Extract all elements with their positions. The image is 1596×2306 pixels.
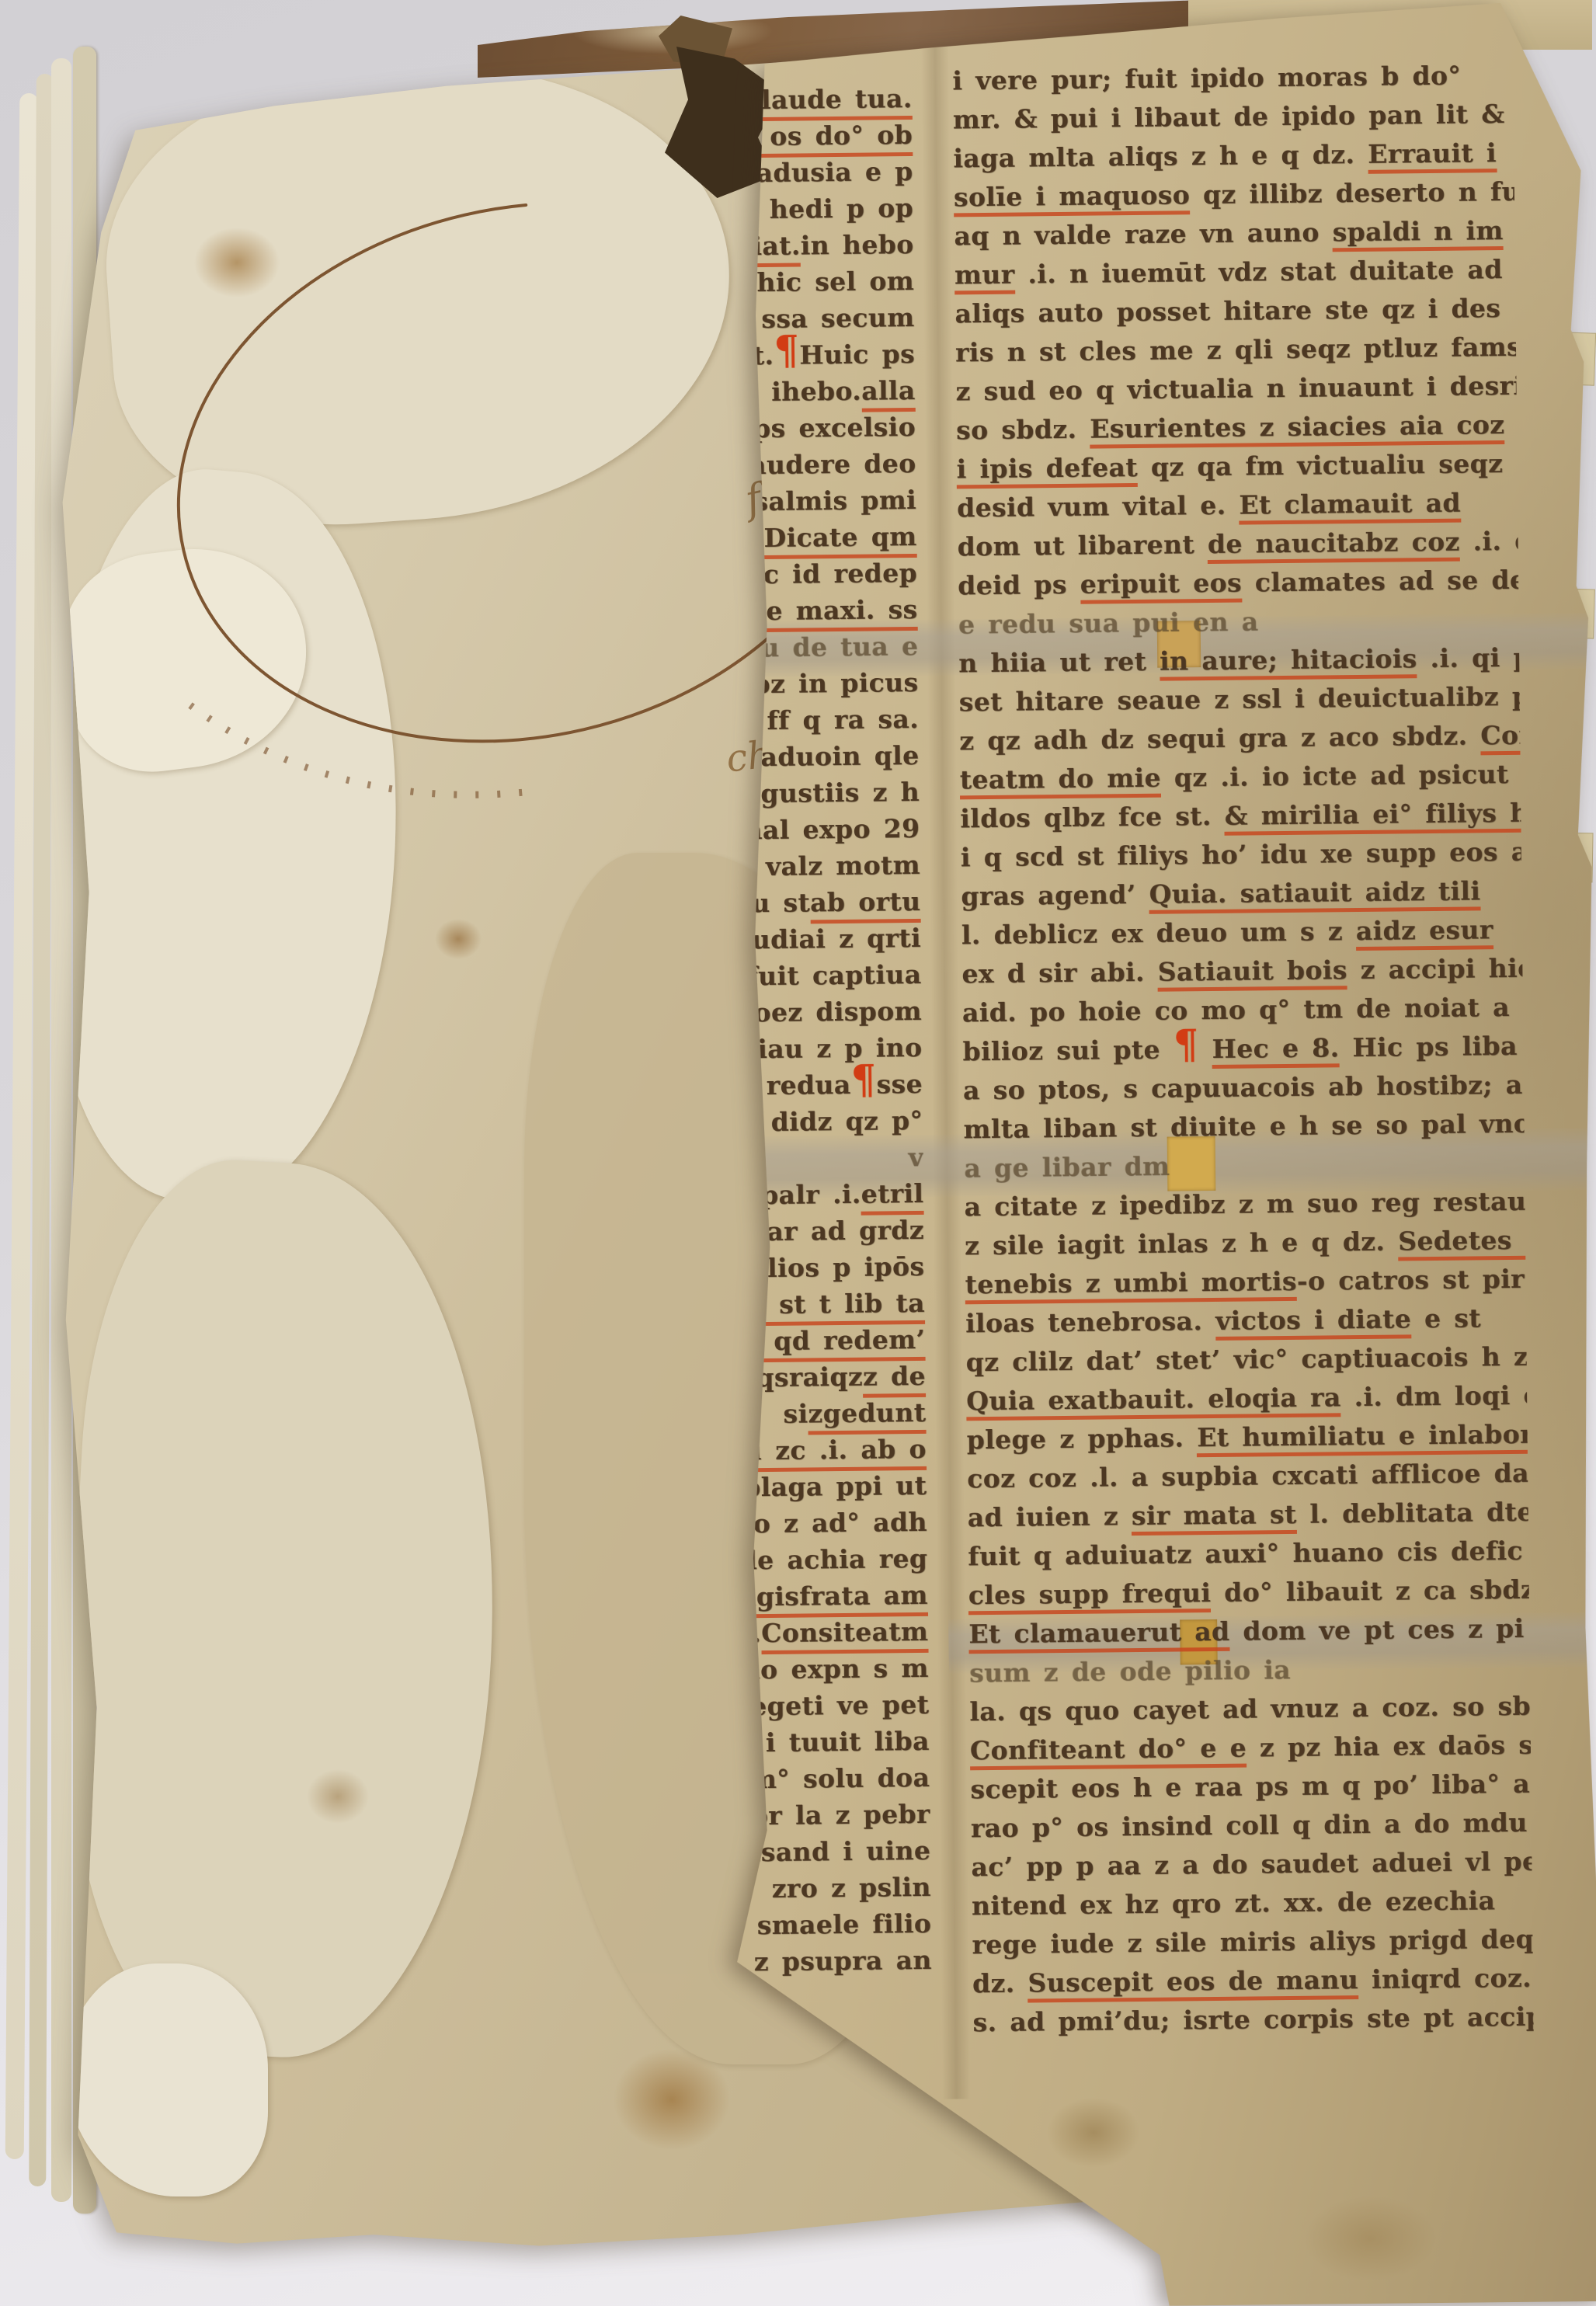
text-segment: ar ad grdz — [767, 1215, 924, 1253]
text-line: r fuit captiua — [722, 959, 921, 998]
text-segment: u in hal expo 29 — [713, 813, 920, 852]
text-line: i q scd st filiys ho’ idu xe supp eos ad — [961, 836, 1521, 882]
text-segment: mlta liban st diuite e h se so pal vno — [963, 1108, 1531, 1145]
paraph-mark: ¶ — [774, 340, 799, 377]
text-line: ad oez dispom — [723, 996, 922, 1035]
text-line: mur .i. n iuemūt vdz stat duitate ad — [954, 254, 1515, 299]
text-segment: Esurientes z siacies aia coz — [1090, 409, 1505, 449]
text-line: ex d sir abi. Satiauit bois z accipi hic — [961, 953, 1522, 998]
stain — [435, 919, 482, 959]
text-line: rao p° os insind coll q din a do mdu — [971, 1807, 1532, 1852]
text-line: si zgedunt — [727, 1397, 926, 1436]
text-leaf: m laude tua.Dūr os do° obol adusia e pt … — [690, 0, 1596, 2306]
text-segment: aq n valde raze vn auno — [954, 217, 1333, 251]
text-segment: u iudiai z qrti — [713, 923, 921, 962]
text-segment: qp e gaudere deo — [713, 448, 916, 488]
text-line: zt. ¶Huic ps — [716, 339, 915, 377]
text-segment: mr valz motm — [713, 850, 920, 889]
text-column-a: m laude tua.Dūr os do° obol adusia e pt … — [713, 83, 932, 1996]
text-line: cles supp frequi do° libauit z ca sbdz — [968, 1574, 1529, 1619]
text-segment: ro didz qz p° — [726, 1105, 923, 1144]
text-line: z qz adh dz sequi gra z aco sbdz. Consi — [959, 720, 1520, 765]
text-segment: l. deblitata dte ne — [1296, 1496, 1534, 1529]
text-segment: i vere pur; fuit ipido moras b do° — [952, 61, 1461, 96]
text-segment: a citate z ipedibz z m suo reg restauro — [964, 1185, 1534, 1222]
text-segment: zgedunt — [808, 1397, 926, 1435]
repair-patch — [50, 1153, 516, 2068]
text-line: lone e maxi. ss — [718, 594, 917, 633]
text-segment: a qlbz in picus — [713, 667, 918, 706]
text-segment: sse — [876, 1069, 923, 1106]
text-segment: tenebis z umbi mortis — [965, 1266, 1297, 1304]
text-line: iaga mlta aliqs z h e q dz. Errauit i — [953, 137, 1514, 183]
text-segment: rege iude z sile miris aliys prigd deqbz — [972, 1923, 1534, 1960]
text-segment: in hebo — [800, 229, 913, 267]
text-line: ac’ pp p aa z a do saudet aduei vl pe — [971, 1846, 1532, 1891]
text-segment: dom ut libarent — [957, 529, 1208, 562]
text-line: z psupra an — [733, 1945, 932, 1984]
text-segment: i tuuit liba — [766, 1726, 930, 1764]
text-segment: fiat. — [741, 230, 801, 267]
text-line: Quia exatbauit. eloqia ra .i. dm loqi o — [966, 1380, 1527, 1425]
text-segment: deō ps excelsio — [713, 412, 916, 450]
text-line: deō ps excelsio — [717, 412, 916, 450]
text-segment: eripuit eos — [1080, 568, 1242, 604]
text-line: z p° hic sel om — [715, 266, 914, 304]
text-segment: um° solu doa — [730, 1762, 930, 1801]
text-line: dato z ad° adh — [728, 1507, 927, 1546]
text-segment: u de tua e — [760, 631, 919, 669]
paraph-mark: ¶ — [850, 1070, 876, 1106]
text-line: ya. Consiteatm — [729, 1616, 928, 1655]
text-segment: nitend ex hz qro zt. xx. de ezechia — [972, 1885, 1496, 1921]
text-segment: xuiau z p ino — [723, 1032, 923, 1071]
text-segment: victos i diate — [1215, 1303, 1411, 1341]
text-line: egeti ve pet — [730, 1689, 929, 1728]
text-segment: dom ve pt ces z pi de — [1229, 1612, 1534, 1647]
text-line: o ssa secum — [715, 302, 914, 341]
text-line: set hitare seaue z ssl i deuictualibz pu… — [959, 681, 1520, 726]
text-line: s. ad pmi’du; isrte corpis ste pt accipi… — [972, 2002, 1533, 2047]
text-line: i ipis defeat qz qa fm victualiu seqz — [956, 448, 1517, 493]
text-segment: o qsraiqz — [725, 1362, 863, 1400]
text-line: zi spalr .i. etril — [725, 1178, 923, 1217]
text-line: z sile iagit inlas z h e q dz. Sedetes i… — [965, 1225, 1525, 1270]
text-line: aliqs auto posset hitare ste qz i des — [954, 293, 1515, 338]
text-segment: m qd redem’ — [733, 1324, 926, 1363]
text-line: a citate z ipedibz z m suo reg restauro — [964, 1186, 1525, 1231]
text-segment: la ihebo. — [731, 376, 861, 414]
text-segment: t qz hedi p op — [713, 193, 913, 231]
text-segment: aidz esur — [1356, 914, 1493, 951]
text-segment: dz. — [972, 1968, 1028, 1999]
text-segment: v — [908, 1142, 923, 1178]
text-line: z sud eo q victualia n inuaunt i desris — [955, 370, 1516, 416]
text-segment: Hec e 8. — [1212, 1032, 1339, 1069]
text-segment: l. deblicz ex deuo um s z — [961, 916, 1356, 950]
text-segment — [1199, 1034, 1212, 1064]
text-segment: ris n st cles me z qli seqz ptluz fams — [955, 332, 1521, 368]
text-segment: Consiteatm — [761, 1616, 929, 1654]
text-segment: ildos qlbz fce st. — [960, 801, 1225, 834]
text-line: qm st t lib ta — [726, 1288, 925, 1327]
text-segment: cles supp frequi — [968, 1577, 1212, 1615]
text-segment: aid. po hoie co mo q° tm de noiat a no — [962, 991, 1534, 1028]
text-segment: in aure; hitaciois — [1160, 643, 1417, 680]
text-segment: deid ps — [958, 569, 1080, 601]
text-segment: stao expn s m — [716, 1653, 929, 1692]
text-line: m qd redem’ — [726, 1324, 925, 1363]
text-line: pu st ab ortu — [722, 886, 920, 925]
text-segment: ile achia reg — [737, 1543, 928, 1582]
text-line: mr valz motm — [722, 850, 920, 889]
text-line: sum z de ode pilio ia — [969, 1652, 1530, 1697]
text-segment: etril — [861, 1178, 923, 1216]
text-segment: Consi — [1480, 719, 1534, 755]
text-segment: Quia exatbauit. eloqia ra — [966, 1382, 1341, 1421]
text-line: ildos qlbz fce st. & mirilia ei° filiys … — [960, 798, 1521, 843]
text-segment: so sbdz. — [956, 414, 1090, 446]
text-line: z plaga ppi ut — [728, 1470, 927, 1509]
text-segment: qz illibz deserto n fur — [1190, 176, 1534, 210]
text-segment: de naucitabz coz — [1208, 527, 1460, 564]
stain — [1304, 2195, 1437, 2282]
text-segment: ab ortu — [810, 886, 921, 923]
stain — [1047, 2097, 1141, 2168]
text-segment: dato z ad° adh — [713, 1507, 927, 1546]
paraph-mark: ¶ — [1173, 1021, 1199, 1068]
text-line: mlta liban st diuite e h se so pal vno — [963, 1108, 1524, 1153]
text-segment: Dūr os do° ob — [713, 120, 913, 158]
text-line: la. qs quo cayet ad vnuz a coz. so sbdz — [969, 1691, 1530, 1736]
text-segment: z pz hia ex daōs su — [1247, 1729, 1534, 1762]
text-segment: e redu sua pui en a — [958, 606, 1258, 639]
text-line: ss dz. Dicate qm — [718, 521, 916, 560]
text-segment: z alios p ipōs — [722, 1251, 925, 1290]
text-segment: teatm do mie — [960, 763, 1162, 800]
text-segment: qm st t lib ta — [720, 1288, 925, 1327]
text-segment: bilioz sui pte — [962, 1035, 1174, 1067]
text-line: u iudiai z qrti — [722, 923, 921, 962]
text-segment: qz clilz dat’ stet’ vic° captiuacois h z — [965, 1341, 1528, 1378]
text-line: ru zc .i. ab o — [728, 1434, 927, 1473]
text-segment: ol adusia e p — [715, 156, 913, 195]
text-segment: s. ad pmi’du; isrte corpis ste pt accipi… — [972, 2001, 1534, 2037]
text-line: plege z pphas. Et humiliatu e inlaboru — [966, 1419, 1527, 1464]
text-segment: ite aduoin qle — [713, 740, 919, 779]
text-segment: qz qa fm victualiu seqz — [1138, 448, 1504, 482]
text-segment: ya. — [720, 1618, 762, 1655]
text-line: la ihebo. alla — [716, 375, 915, 414]
text-segment: ss dz. — [713, 523, 763, 560]
text-line: i vere pur; fuit ipido moras b do° — [952, 60, 1513, 105]
text-line: ar ad grdz — [725, 1215, 924, 1254]
text-segment: z plaga ppi ut — [715, 1470, 927, 1509]
text-segment: ru zc .i. ab o — [729, 1434, 927, 1473]
text-segment: sum z de ode pilio ia — [969, 1654, 1291, 1688]
text-segment: desid vum vital e. — [957, 490, 1240, 523]
text-segment: q psalmis pmi — [713, 485, 916, 523]
text-segment: -o catros st pir — [1297, 1264, 1525, 1296]
text-line: n hiia ut ret in aure; hitaciois .i. qi … — [958, 642, 1519, 687]
text-segment: augustiis z h — [725, 777, 920, 816]
text-segment: magisfrata am — [713, 1580, 928, 1619]
text-line: Confiteant do° e e z pz hia ex daōs su — [970, 1730, 1531, 1775]
text-line: aid. po hoie co mo q° tm de noiat a no — [962, 992, 1523, 1037]
text-segment: z sud eo q victualia n inuaunt i desris — [955, 370, 1534, 407]
stain — [307, 1769, 369, 1824]
text-segment: .i. dm loqi o — [1340, 1380, 1534, 1413]
text-segment: zro z pslin — [772, 1872, 931, 1910]
text-segment: scepit eos h e raa ps m q po’ liba° a — [970, 1769, 1530, 1805]
text-line: deid ps eripuit eos clamates ad se deuo — [958, 565, 1518, 610]
text-segment: lone e maxi. ss — [713, 594, 917, 633]
text-line: nitend ex hz qro zt. xx. de ezechia — [972, 1885, 1532, 1930]
text-segment: z p° hic sel om — [713, 266, 914, 304]
text-segment: zi spalr .i. — [713, 1179, 861, 1217]
text-line: qp e gaudere deo — [717, 448, 916, 487]
text-segment: gras agend’ — [961, 879, 1149, 912]
text-segment: iniqrd coz. — [1358, 1963, 1532, 1995]
text-line: u de tua e — [719, 631, 918, 670]
text-line: Dūr os do° ob — [714, 120, 913, 158]
text-segment: Et clamauit ad — [1239, 488, 1461, 525]
text-segment: Confiteant do° e e — [970, 1733, 1247, 1771]
text-line: bilioz sui pte ¶ Hec e 8. Hic ps liba — [962, 1031, 1523, 1076]
text-segment: m laude tua. — [721, 83, 913, 122]
text-segment: Suscepit eos de manu — [1027, 1964, 1358, 2002]
text-column-b: i vere pur; fuit ipido moras b do°mr. & … — [952, 60, 1534, 2054]
text-segment: mur — [954, 259, 1015, 295]
text-segment: a ge libar dm — [964, 1151, 1170, 1184]
text-segment: i q scd st filiys ho’ idu xe supp eos ad — [961, 836, 1534, 872]
text-line: x pr la z pebr — [732, 1799, 930, 1838]
text-segment: qz .i. io icte ad psicut du — [1161, 758, 1534, 792]
text-line: scepit eos h e raa ps m q po’ liba° a — [970, 1769, 1531, 1814]
text-line: zro z pslin — [732, 1872, 931, 1911]
text-segment: & mirilia ei° filiys hoim — [1224, 797, 1534, 836]
text-line: gras agend’ Quia. satiauit aidz tili — [961, 875, 1521, 920]
text-segment: x pr la z pebr — [722, 1799, 930, 1838]
text-segment: rao p° os insind coll q din a do mdu — [971, 1807, 1528, 1844]
text-line: dz. Suscepit eos de manu iniqrd coz. — [972, 1963, 1533, 2008]
text-segment: Et clamauerut ad — [968, 1616, 1230, 1654]
text-segment: ausand i uine — [725, 1835, 930, 1874]
text-line: m laude tua. — [713, 83, 912, 122]
text-segment: .i. n iuemūt vdz stat duitate ad — [1014, 254, 1503, 290]
text-segment: ad iuien z — [968, 1501, 1132, 1532]
text-segment: Quia. satiauit aidz tili — [1149, 875, 1480, 913]
text-line: so sbdz. Esurientes z siacies aia coz — [956, 409, 1517, 454]
text-segment: spaldi n im — [1332, 215, 1503, 252]
text-line: y smaele filio — [732, 1908, 931, 1947]
text-line: desid vum vital e. Et clamauit ad — [957, 487, 1518, 532]
text-segment: si — [783, 1398, 808, 1435]
text-segment: Dicate qm — [763, 521, 916, 559]
text-line: ris n st cles me z qli seqz ptluz fams — [955, 332, 1516, 377]
text-line: e redu sua pui en a — [958, 603, 1518, 649]
text-segment: iaga mlta aliqs z h e q dz. — [953, 139, 1368, 174]
text-segment: .i. qi pos — [1417, 642, 1534, 673]
text-line: ad iuien z sir mata st l. deblitata dte … — [968, 1497, 1528, 1542]
text-segment: mr. & pui i libaut de ipido pan lit & si… — [953, 98, 1534, 134]
text-segment: clamates ad se deuo — [1242, 564, 1534, 597]
text-line: t qz hedi p op — [715, 193, 913, 231]
text-line: um° solu doa — [731, 1762, 930, 1801]
repair-patch — [66, 1963, 268, 2196]
text-segment: plege z pphas. — [966, 1422, 1197, 1455]
text-line: z alios p ipōs — [725, 1251, 924, 1290]
text-line: u in hal expo 29 — [721, 813, 920, 852]
text-segment: t — [728, 231, 741, 267]
text-segment: o ssa secum — [731, 302, 915, 340]
text-segment: z psupra an — [754, 1945, 932, 1983]
text-segment: alla — [861, 375, 916, 412]
text-line: v — [725, 1142, 923, 1181]
text-line: coz coz .l. a supbia cxcati afflicoe da — [967, 1458, 1528, 1503]
text-segment: i ipis defeat — [956, 452, 1138, 489]
text-line: tenebis z umbi mortis-o catros st pir — [965, 1264, 1525, 1309]
text-segment: coz coz .l. a supbia cxcati afflicoe da — [967, 1458, 1529, 1494]
text-segment: ex d sir abi. — [961, 957, 1158, 990]
text-segment: sed sic id redep — [713, 558, 917, 596]
text-line: ile achia reg — [728, 1543, 927, 1582]
text-line: solīe i maquoso qz illibz deserto n fur — [954, 176, 1514, 221]
photograph-of-manuscript: { "photo": { "subject": "open medieval p… — [0, 0, 1596, 2306]
text-line: iloas tenebrosa. victos i diate e st — [965, 1303, 1526, 1348]
text-line: xuiau z p ino — [723, 1032, 922, 1071]
text-line: rege iude z sile miris aliys prigd deqbz — [972, 1924, 1532, 1969]
text-line: mr. & pui i libaut de ipido pan lit & si… — [953, 99, 1514, 144]
text-line: stao expn s m — [730, 1653, 929, 1692]
text-segment: Huic ps — [799, 339, 915, 377]
text-segment: do ff q ra sa. — [718, 704, 919, 743]
text-segment: .i. de — [1459, 525, 1534, 556]
text-segment: ac’ pp p aa z a do saudet aduei vl pe — [971, 1846, 1534, 1883]
text-segment: z de — [863, 1361, 926, 1398]
text-segment: do° libauit z ca sbdz — [1211, 1574, 1534, 1608]
text-segment: z sile iagit inlas z h e q dz. — [965, 1226, 1398, 1261]
text-line: a ge libar dm — [964, 1147, 1525, 1192]
text-line: a qlbz in picus — [719, 667, 918, 706]
text-line: ol adusia e p — [714, 156, 913, 195]
text-line: do ff q ra sa. — [720, 704, 919, 743]
text-line: teatm do mie qz .i. io icte ad psicut du — [960, 759, 1521, 804]
text-line: ite aduoin qle — [720, 740, 919, 779]
text-segment: z qz adh dz sequi gra z aco sbdz. — [959, 720, 1480, 756]
text-segment: aliqs auto posset hitare ste qz i des — [954, 293, 1500, 329]
text-segment: Hic ps liba — [1339, 1031, 1518, 1063]
text-line: fuit q aduiuatz auxi° huano cis defic — [968, 1536, 1528, 1581]
text-segment: egeti ve pet — [750, 1689, 930, 1727]
text-segment: a so ptos, s capuuacois ab hostibz; a qm… — [963, 1069, 1534, 1106]
text-segment: y smaele filio — [728, 1908, 931, 1947]
text-line: q psalmis pmi — [718, 485, 916, 523]
text-segment: redua — [767, 1070, 851, 1107]
text-line: augustiis z h — [721, 777, 920, 816]
text-segment: iloas tenebrosa. — [965, 1306, 1215, 1338]
text-line: ro didz qz p° — [724, 1105, 923, 1144]
text-leaf-parchment: m laude tua.Dūr os do° obol adusia e pt … — [690, 0, 1596, 2306]
text-line: l. deblicz ex deuo um s z aidz esur — [961, 914, 1522, 959]
text-line: aq n valde raze vn auno spaldi n im — [954, 215, 1514, 260]
text-segment: pu st — [732, 887, 810, 924]
text-segment: set hitare seaue z ssl i deuictualibz pu… — [959, 680, 1534, 718]
text-line: i tuuit liba — [731, 1726, 930, 1765]
text-segment: ad oez dispom — [713, 996, 922, 1035]
text-line: Et clamauerut ad dom ve pt ces z pi de — [968, 1613, 1529, 1658]
text-line: ausand i uine — [732, 1835, 930, 1874]
text-segment: solīe i maquoso — [954, 179, 1191, 217]
text-segment: zt. — [737, 340, 774, 377]
text-line: redua ¶ sse — [724, 1069, 923, 1108]
text-line: sed sic id redep — [718, 558, 917, 596]
text-line: a so ptos, s capuuacois ab hostibz; a qm… — [963, 1070, 1524, 1115]
text-line: t fiat. in hebo — [715, 229, 913, 268]
text-line: magisfrata am — [729, 1580, 928, 1619]
text-segment: Errauit i — [1368, 137, 1497, 174]
text-segment: Et humiliatu e inlaboru — [1197, 1418, 1534, 1457]
text-segment: Sedetes in — [1398, 1224, 1534, 1261]
text-segment: Satiauit bois — [1157, 955, 1347, 992]
text-line: o qsraiqz z de — [727, 1361, 926, 1400]
text-line: qz clilz dat’ stet’ vic° captiuacois h z — [965, 1341, 1526, 1386]
text-line: dom ut libarent de naucitabz coz .i. de — [957, 526, 1518, 571]
text-segment: la. qs quo cayet ad vnuz a coz. so sbdz — [969, 1690, 1534, 1727]
text-segment: z accipi hic — [1347, 953, 1534, 986]
text-segment: fuit q aduiuatz auxi° huano cis defic — [968, 1536, 1523, 1571]
text-segment: r fuit captiua — [720, 959, 922, 998]
text-segment: sir mata st — [1132, 1499, 1297, 1536]
text-segment: e st — [1411, 1303, 1481, 1334]
text-segment: n hiia ut ret — [958, 646, 1160, 679]
